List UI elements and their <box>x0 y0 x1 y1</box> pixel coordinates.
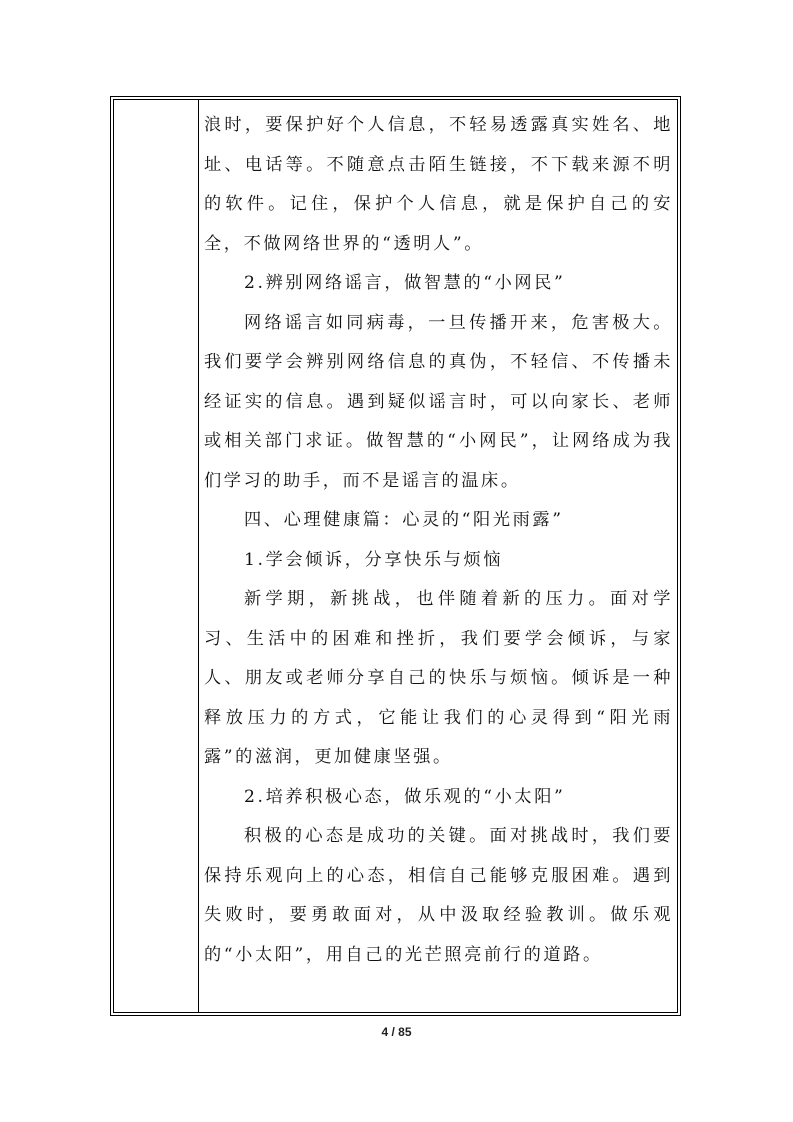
section-heading-mental-health: 四、心理健康篇：心灵的“阳光雨露” <box>204 501 673 541</box>
page-number: 4 / 85 <box>0 1025 793 1039</box>
paragraph-privacy-continued: 浪时，要保护好个人信息，不轻易透露真实姓名、地址、电话等。不随意点击陌生链接，不… <box>204 106 673 264</box>
content-table: 浪时，要保护好个人信息，不轻易透露真实姓名、地址、电话等。不随意点击陌生链接，不… <box>110 96 681 1016</box>
paragraph-identify-rumors: 网络谣言如同病毒，一旦传播开来，危害极大。我们要学会辨别网络信息的真伪，不轻信、… <box>204 304 673 502</box>
paragraph-learn-to-confide: 新学期，新挑战，也伴随着新的压力。面对学习、生活中的困难和挫折，我们要学会倾诉，… <box>204 580 673 778</box>
table-inner-border: 浪时，要保护好个人信息，不轻易透露真实姓名、地址、电话等。不随意点击陌生链接，不… <box>113 99 678 1013</box>
table-left-cell <box>114 100 199 1012</box>
table-right-cell: 浪时，要保护好个人信息，不轻易透露真实姓名、地址、电话等。不随意点击陌生链接，不… <box>199 100 677 1012</box>
heading-learn-to-confide: 1.学会倾诉，分享快乐与烦恼 <box>204 541 673 581</box>
heading-identify-rumors: 2.辨别网络谣言，做智慧的“小网民” <box>204 264 673 304</box>
heading-positive-mindset: 2.培养积极心态，做乐观的“小太阳” <box>204 778 673 818</box>
paragraph-positive-mindset: 积极的心态是成功的关键。面对挑战时，我们要保持乐观向上的心态，相信自己能够克服困… <box>204 817 673 975</box>
